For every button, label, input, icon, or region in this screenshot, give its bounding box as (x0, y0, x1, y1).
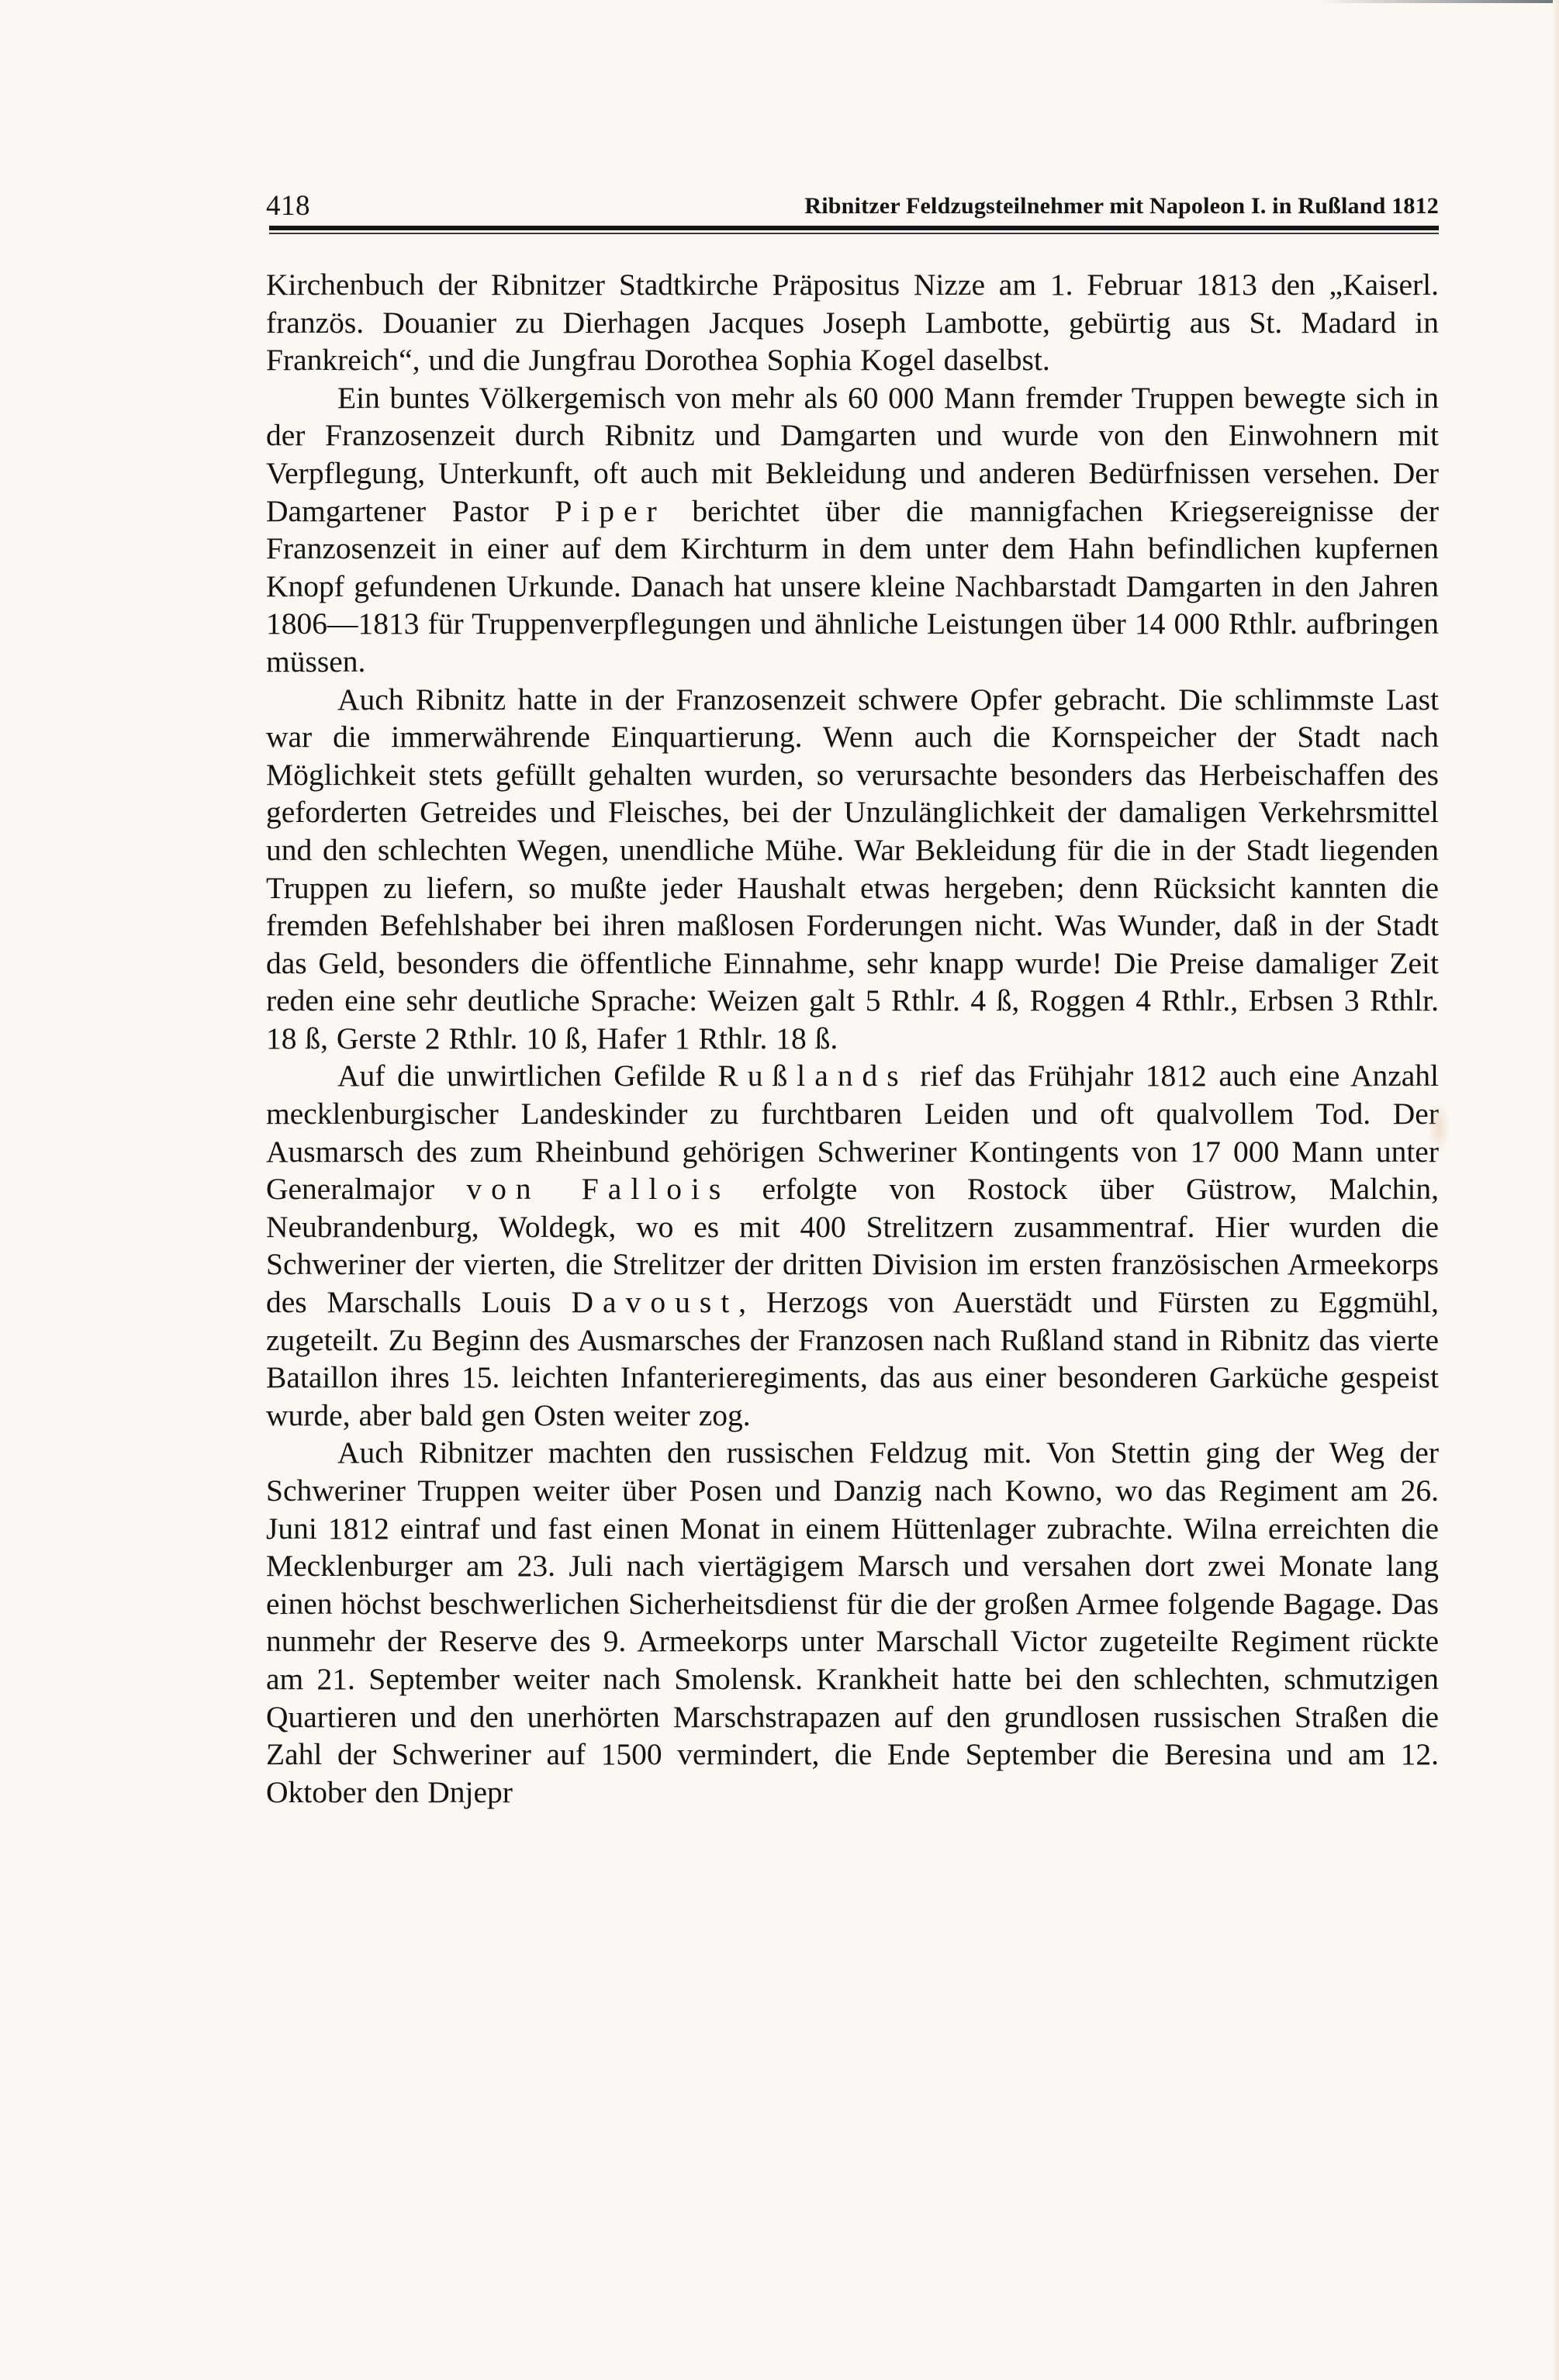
paper-stain (1427, 1101, 1450, 1155)
spaced-word-russlands: Rußlands (717, 1059, 907, 1093)
text-segment: Auch Ribnitz hatte in der Franzosenzeit … (266, 682, 1439, 1055)
page-header: 418 Ribnitzer Feldzugsteilnehmer mit Nap… (266, 191, 1439, 222)
paragraph-3: Auch Ribnitz hatte in der Franzosenzeit … (266, 681, 1439, 1058)
text-segment: Auf die unwirtlichen Gefilde (337, 1059, 717, 1093)
paragraph-4: Auf die unwirtlichen Gefilde Rußlands ri… (266, 1057, 1439, 1434)
spaced-name-von-fallois: von Fallois (466, 1172, 730, 1206)
text-segment: Auch Ribnitzer machten den russischen Fe… (266, 1435, 1439, 1808)
paragraph-2: Ein buntes Völkergemisch von mehr als 60… (266, 379, 1439, 681)
header-rule-thick (269, 226, 1439, 230)
running-title: Ribnitzer Feldzugsteilnehmer mit Napoleo… (804, 191, 1439, 222)
body-text: Kirchenbuch der Ribnitzer Stadtkirche Pr… (266, 266, 1439, 1811)
page-number: 418 (266, 191, 310, 222)
spaced-name-davoust: Davoust (572, 1285, 739, 1319)
paragraph-5: Auch Ribnitzer machten den russischen Fe… (266, 1434, 1439, 1811)
spaced-name-piper: Piper (555, 494, 665, 528)
scan-edge-shadow (1319, 0, 1559, 3)
page-edge (1553, 0, 1559, 2380)
header-rule-thin (269, 233, 1439, 234)
text-segment: Kirchenbuch der Ribnitzer Stadtkirche Pr… (266, 268, 1439, 377)
paragraph-1: Kirchenbuch der Ribnitzer Stadtkirche Pr… (266, 266, 1439, 379)
